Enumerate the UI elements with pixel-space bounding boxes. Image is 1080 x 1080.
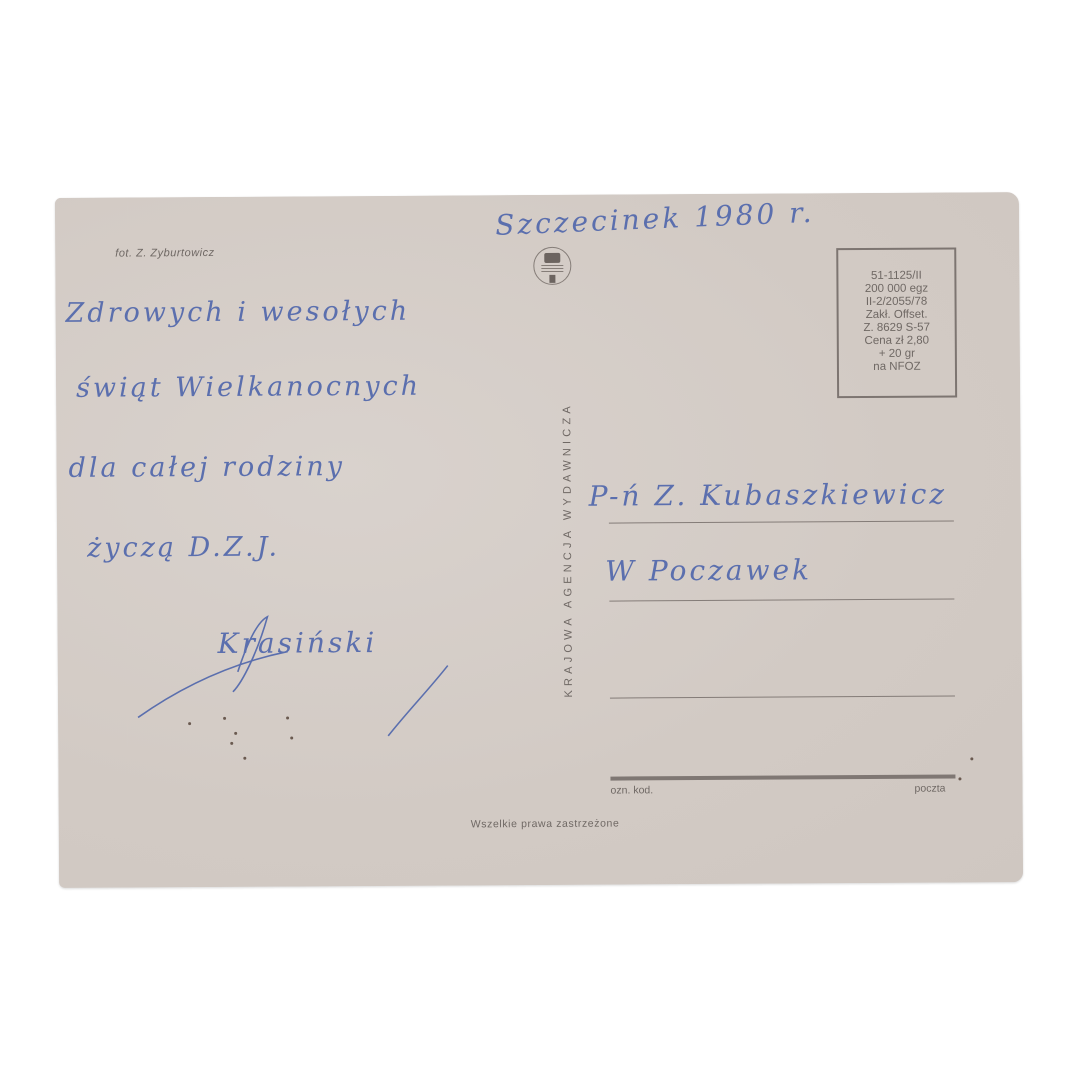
print-info-line: Cena zł 2,80 [839, 334, 955, 348]
print-info-line: 51-1125/II [838, 269, 954, 283]
print-info-line: Zakł. Offset. [839, 308, 955, 322]
publisher-name: KRAJOWA AGENCJA WYDAWNICZA [561, 402, 575, 697]
print-info-line: 200 000 egz [838, 282, 954, 296]
handwritten-address-line: W Poczawek [605, 553, 812, 587]
handwritten-message-line: Zdrowych i wesołych [66, 296, 411, 329]
handwritten-date: Szczecinek 1980 r. [494, 196, 815, 242]
handwritten-message-line: dla całej rodziny [68, 451, 345, 484]
copyright-notice: Wszelkie prawa zastrzeżone [471, 818, 620, 831]
address-line-1 [609, 520, 954, 523]
address-line-2 [609, 598, 954, 601]
handwritten-message-line: życzą D.Z.J. [87, 532, 280, 564]
print-info-line: II-2/2055/78 [839, 295, 955, 309]
print-info-line: + 20 gr [839, 347, 955, 361]
address-line-3 [610, 695, 955, 698]
handwritten-address-line: P-ń Z. Kubaszkiewicz [589, 478, 948, 513]
print-info-line: Z. 8629 S-57 [839, 321, 955, 335]
publisher-divider: KRAJOWA AGENCJA WYDAWNICZA [559, 305, 578, 795]
print-info-line: na NFOZ [839, 360, 955, 374]
postal-code-label: ozn. kod. [610, 784, 653, 796]
signature-flourish-icon [127, 610, 458, 742]
post-office-label: poczta [914, 783, 945, 795]
postal-code-line [610, 774, 955, 780]
handwritten-message-line: świąt Wielkanocnych [76, 371, 421, 404]
postcard-back: fot. Z. Zyburtowicz KRAJOWA AGENCJA WYDA… [55, 192, 1023, 888]
stamp-box: 51-1125/II 200 000 egz II-2/2055/78 Zakł… [836, 247, 957, 398]
publisher-logo-icon [533, 247, 571, 285]
photo-credit: fot. Z. Zyburtowicz [115, 247, 214, 260]
